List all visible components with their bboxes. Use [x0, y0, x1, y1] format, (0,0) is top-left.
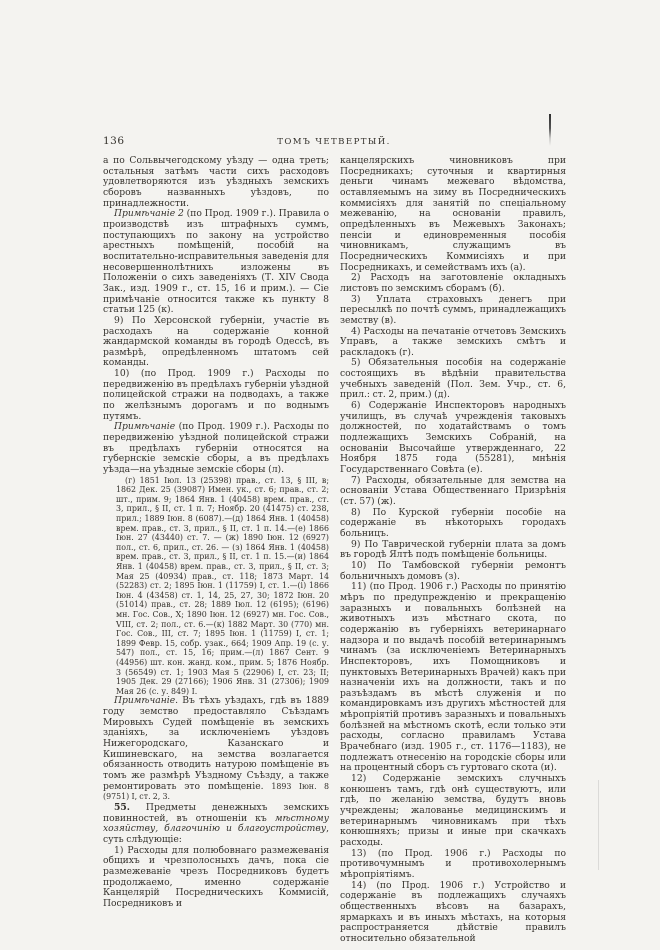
- text-segment: Примѣчаніе: [114, 421, 175, 432]
- book-page: 136 ТОМЪ ЧЕТВЕРТЫЙ. а по Сольвычегодском…: [0, 0, 660, 950]
- text-segment: 2) Расходъ на заготовленіе окладныхъ лис…: [340, 272, 566, 294]
- text-segment: канцелярскихъ чиновниковъ при Посредника…: [340, 155, 566, 273]
- text-columns: а по Сольвычегодскому уѣзду — одна треть…: [103, 156, 566, 945]
- item-5: 5) Обязательныя пособія на содержаніе со…: [340, 358, 566, 401]
- text-segment: 8) По Курской губерніи пособіе на содерж…: [340, 507, 566, 539]
- item-4: 4) Расходы на печатаніе отчетовъ Земских…: [340, 327, 566, 359]
- item-9: 9) По Таврической губерніи плата за домъ…: [340, 540, 566, 561]
- running-title: ТОМЪ ЧЕТВЕРТЫЙ.: [103, 137, 565, 147]
- text-segment: 7) Расходы, обязательные для земства на …: [340, 475, 566, 507]
- note-1889: Примѣчаніе. Въ тѣхъ уѣздахъ, гдѣ въ 1889…: [103, 696, 329, 803]
- text-segment: Въ тѣхъ уѣздахъ, гдѣ въ 1889 году земств…: [103, 695, 329, 791]
- text-segment: 14) (по Прод. 1906 г.) Устройство и соде…: [340, 880, 566, 944]
- text-segment: 9) По Херсонской губерніи, участіе въ ра…: [103, 315, 329, 369]
- text-segment: а по Сольвычегодскому уѣзду — одна треть…: [103, 155, 329, 209]
- item-12: 12) Содержаніе земскихъ случныхъ конюшен…: [340, 774, 566, 849]
- item-6: 6) Содержаніе Инспекторовъ народныхъ учи…: [340, 401, 566, 476]
- item-10: 10) По Тамбовской губерніи ремонтъ больн…: [340, 561, 566, 582]
- text-segment: (по Прод. 1909 г.). Правила о производст…: [103, 208, 329, 315]
- left-column: а по Сольвычегодскому уѣзду — одна треть…: [103, 156, 329, 945]
- item-3: 3) Уплата страховыхъ денегъ при пересылк…: [340, 295, 566, 327]
- item-7: 7) Расходы, обязательные для земства на …: [340, 476, 566, 508]
- note-to-item-10: Примѣчаніе (по Прод. 1909 г.). Расходы п…: [103, 422, 329, 475]
- text-segment: 5) Обязательныя пособія на содержаніе со…: [340, 357, 566, 400]
- text-segment: 10) По Тамбовской губерніи ремонтъ больн…: [340, 560, 566, 582]
- item-14: 14) (по Прод. 1906 г.) Устройство и соде…: [340, 881, 566, 945]
- item-9: 9) По Херсонской губерніи, участіе въ ра…: [103, 316, 329, 369]
- text-segment: 1) Расходы для полюбовнаго размежеванія …: [103, 845, 329, 909]
- text-segment: 11) (по Прод. 1906 г.) Расходы по принят…: [340, 581, 566, 773]
- text-segment: Примѣчаніе.: [114, 695, 178, 706]
- text-segment: (г) 1851 Іюл. 13 (25398) прав., ст. 13, …: [116, 476, 329, 696]
- scan-artifact-edge-line: [598, 780, 599, 870]
- running-head: 136 ТОМЪ ЧЕТВЕРТЫЙ.: [103, 135, 565, 149]
- text-segment: 9) По Таврической губерніи плата за домъ…: [340, 539, 566, 561]
- text-segment: 10) (по Прод. 1909 г.) Расходы по передв…: [103, 368, 329, 422]
- text-segment: Примѣчаніе 2: [114, 208, 184, 219]
- item-13: 13) (по Прод. 1906 г.) Расходы по против…: [340, 849, 566, 881]
- note-2: Примѣчаніе 2 (по Прод. 1909 г.). Правила…: [103, 209, 329, 316]
- article-55: 55. Предметы денежныхъ земскихъ повиннос…: [103, 803, 329, 846]
- text-segment: 4) Расходы на печатаніе отчетовъ Земских…: [340, 326, 566, 358]
- item-10: 10) (по Прод. 1909 г.) Расходы по передв…: [103, 369, 329, 422]
- continuation-paragraph: а по Сольвычегодскому уѣзду — одна треть…: [103, 156, 329, 209]
- item-2: 2) Расходъ на заготовленіе окладныхъ лис…: [340, 273, 566, 294]
- text-segment: 55.: [114, 802, 130, 813]
- text-segment: 13) (по Прод. 1906 г.) Расходы по против…: [340, 848, 566, 880]
- item-11: 11) (по Прод. 1906 г.) Расходы по принят…: [340, 582, 566, 774]
- citations-block: (г) 1851 Іюл. 13 (25398) прав., ст. 13, …: [116, 476, 329, 697]
- item-1: 1) Расходы для полюбовнаго размежеванія …: [103, 846, 329, 910]
- text-segment: 6) Содержаніе Инспекторовъ народныхъ учи…: [340, 400, 566, 475]
- text-segment: 12) Содержаніе земскихъ случныхъ конюшен…: [340, 773, 566, 848]
- right-column: канцелярскихъ чиновниковъ при Посредника…: [340, 156, 566, 945]
- continuation-item-1: канцелярскихъ чиновниковъ при Посредника…: [340, 156, 566, 273]
- item-8: 8) По Курской губерніи пособіе на содерж…: [340, 508, 566, 540]
- text-segment: 3) Уплата страховыхъ денегъ при пересылк…: [340, 294, 566, 326]
